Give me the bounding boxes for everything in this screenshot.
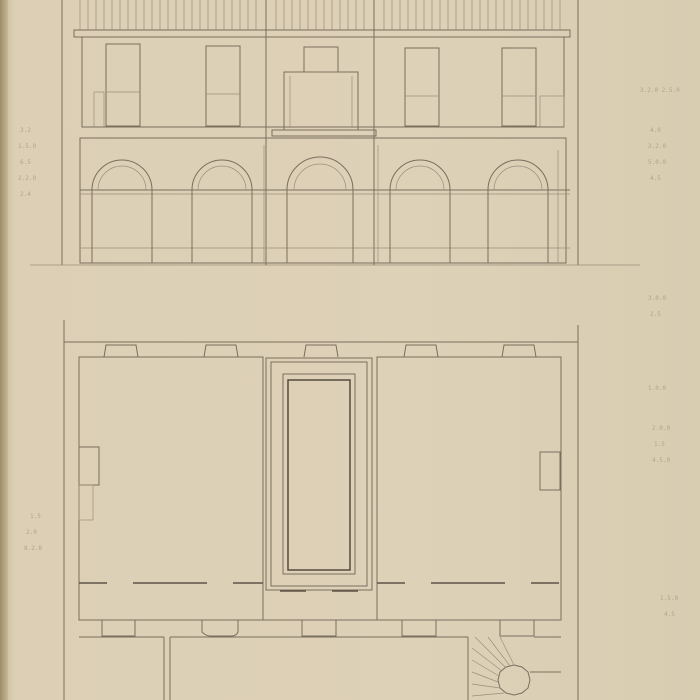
left-hall [79, 357, 263, 620]
margin-note: 1.0.0 [648, 385, 666, 392]
chimney-caps [104, 345, 536, 357]
margin-note: 3.0.0 [648, 295, 666, 302]
margin-note: 4.5 [664, 611, 675, 618]
cornice-beam [74, 30, 570, 37]
margin-note: 4.5 [650, 175, 661, 182]
margin-note: 3.2 [20, 127, 31, 134]
margin-note: 3.2.0 2.5.0 [640, 87, 680, 94]
margin-note: 2.0 [26, 529, 37, 536]
margin-note: 6.5 [20, 159, 31, 166]
margin-note: 2.0.0 [652, 425, 670, 432]
margin-notes-right: 3.2.0 2.5.0 4.0 2.2.0 5.0.0 4.5 3.0.0 2.… [640, 87, 680, 618]
margin-note: 1.5.0 [18, 143, 36, 150]
margin-note: 5.0.0 [648, 159, 666, 166]
margin-note: 2.4 [20, 191, 31, 198]
spiral-stair [472, 637, 561, 696]
section-elevation [30, 0, 640, 265]
central-window [304, 47, 338, 72]
roof-rafters [80, 0, 560, 30]
upper-door [502, 48, 536, 126]
upper-door [106, 44, 140, 126]
margin-note: 8.2.8 [24, 545, 42, 552]
upper-door [405, 48, 439, 126]
court-basin [288, 380, 350, 570]
margin-note: 2.5 [650, 311, 661, 318]
margin-note: 1.5 [654, 441, 665, 448]
lower-rooms [79, 620, 561, 700]
central-court [266, 358, 372, 590]
margin-note: 2.2.0 [18, 175, 36, 182]
arcade-arches [92, 157, 548, 263]
upper-door [206, 46, 240, 126]
architectural-drawing: 3.2.0 2.5.0 4.0 2.2.0 5.0.0 4.5 3.0.0 2.… [0, 0, 700, 700]
drawing-sheet: 3.2.0 2.5.0 4.0 2.2.0 5.0.0 4.5 3.0.0 2.… [0, 0, 700, 700]
margin-note: 4.5.0 [652, 457, 670, 464]
central-bay [284, 72, 358, 130]
margin-note: 1.5 [30, 513, 41, 520]
right-hall [377, 357, 561, 620]
floor-plan [64, 320, 578, 700]
margin-note: 1.5.0 [660, 595, 678, 602]
margin-note: 2.2.0 [648, 143, 666, 150]
margin-notes-left: 3.2 1.5.0 6.5 2.2.0 2.4 1.5 2.0 8.2.8 [18, 127, 42, 552]
margin-note: 4.0 [650, 127, 661, 134]
